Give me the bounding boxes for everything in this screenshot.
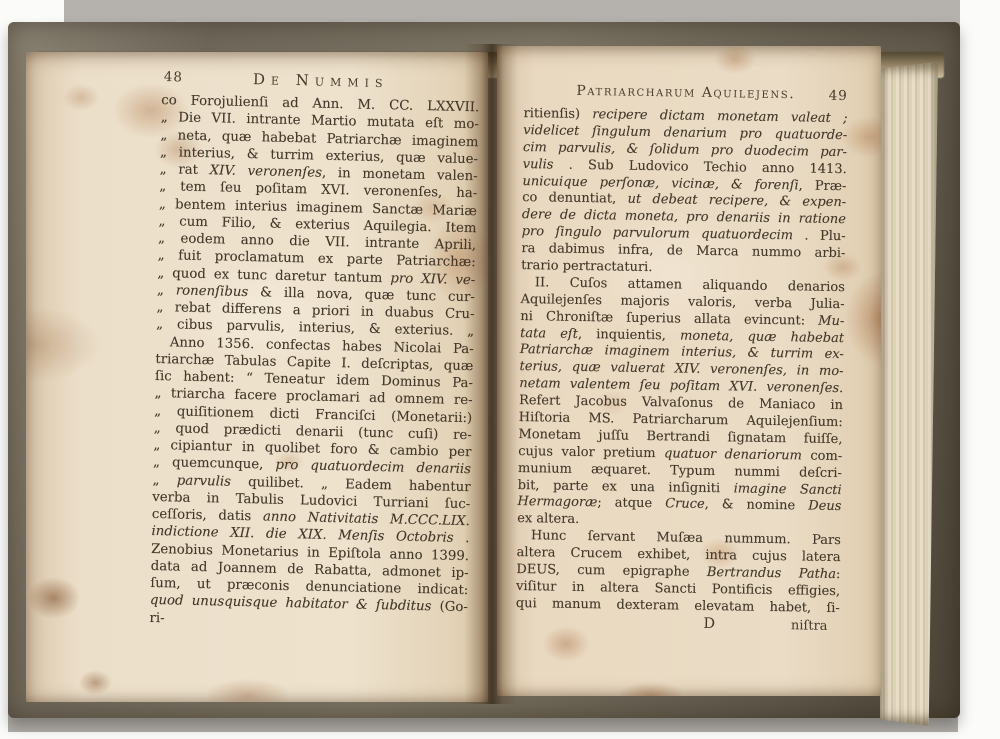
text-segment: trario pertractaturi. — [521, 258, 653, 275]
text-segment: , inquientis, — [578, 326, 680, 343]
left-page-number: 48 — [164, 69, 184, 85]
right-page: Patriarcharum Aquilejens. 49 ritienſis) … — [497, 46, 881, 696]
text-segment: imagine Sancti — [734, 481, 842, 498]
text-segment: , Præ- — [798, 178, 846, 194]
text-segment: „ — [152, 472, 176, 488]
fore-edge-page-stack — [880, 62, 938, 726]
text-segment: ; atque — [597, 496, 665, 512]
text-segment: pro XIV. ve- — [390, 271, 475, 288]
text-segment: tata eſt — [520, 326, 578, 342]
text-segment: vulis — [523, 157, 554, 172]
text-segment: XIV. veronenſes — [209, 163, 322, 181]
text-segment: pro ſingulo parvulorum quatuordecim — [522, 224, 794, 243]
text-segment: Deus — [808, 499, 841, 515]
left-running-title: De Nummis — [162, 68, 480, 93]
text-segment: moneta, quæ habebat — [680, 328, 844, 346]
right-text-block: ritienſis) recipere dictam monetam valea… — [516, 106, 848, 618]
text-segment: bit, parte ex una inſigniti — [518, 478, 734, 496]
text-segment: co denuntiat, — [522, 190, 628, 207]
text-segment: Hermagoræ — [517, 494, 597, 510]
text-segment: cujus valor pretium — [518, 444, 664, 461]
text-segment: ronenſibus — [176, 283, 249, 300]
right-running-title: Patriarcharum Aquilejens. — [524, 82, 848, 103]
text-segment: „ — [157, 283, 176, 298]
text-segment: „ quemcunque, — [153, 455, 276, 473]
text-segment: unicuique perſonæ, vicinæ, & forenſi — [522, 174, 798, 193]
right-page-number: 49 — [829, 88, 848, 104]
text-segment: Bertrandus Patha — [707, 565, 836, 582]
left-page: 48 De Nummis co Forojulienſi ad Ann. M. … — [26, 52, 488, 702]
text-segment: DEUS, cum epigraphe — [516, 562, 707, 580]
text-segment: „ rat — [160, 162, 210, 178]
text-segment: quatuor denariorum — [664, 446, 802, 463]
text-segment: Cruce — [665, 497, 705, 513]
text-segment: , & nomine — [705, 497, 809, 514]
text-segment: ex altera. — [517, 511, 579, 527]
right-catchword: niſtra — [791, 618, 828, 634]
text-segment: parvulis — [177, 473, 232, 489]
text-segment: (Go- — [431, 600, 468, 616]
text-segment: . Plu- — [793, 228, 846, 244]
text-segment: : — [836, 567, 841, 582]
text-segment: ritienſis) — [523, 106, 592, 122]
left-page-content: 48 De Nummis co Forojulienſi ad Ann. M. … — [149, 68, 480, 634]
text-segment: ut debeat recipere, & expen- — [627, 192, 846, 210]
left-text-block: co Forojulienſi ad Ann. M. CC. LXXVII.„ … — [150, 92, 480, 617]
right-page-content: Patriarcharum Aquilejens. 49 ritienſis) … — [515, 82, 848, 635]
text-segment: . — [453, 531, 469, 546]
signature-mark: D — [703, 616, 715, 632]
right-page-header: Patriarcharum Aquilejens. 49 — [524, 82, 848, 111]
book-photo: 48 De Nummis co Forojulienſi ad Ann. M. … — [0, 0, 1000, 739]
text-segment: ceſſoris, datis — [152, 507, 263, 525]
text-segment: , in monetam valen- — [322, 166, 478, 185]
text-segment: com- — [802, 448, 843, 464]
text-segment: Mu- — [818, 313, 844, 328]
left-catchword: ri- — [149, 610, 164, 625]
